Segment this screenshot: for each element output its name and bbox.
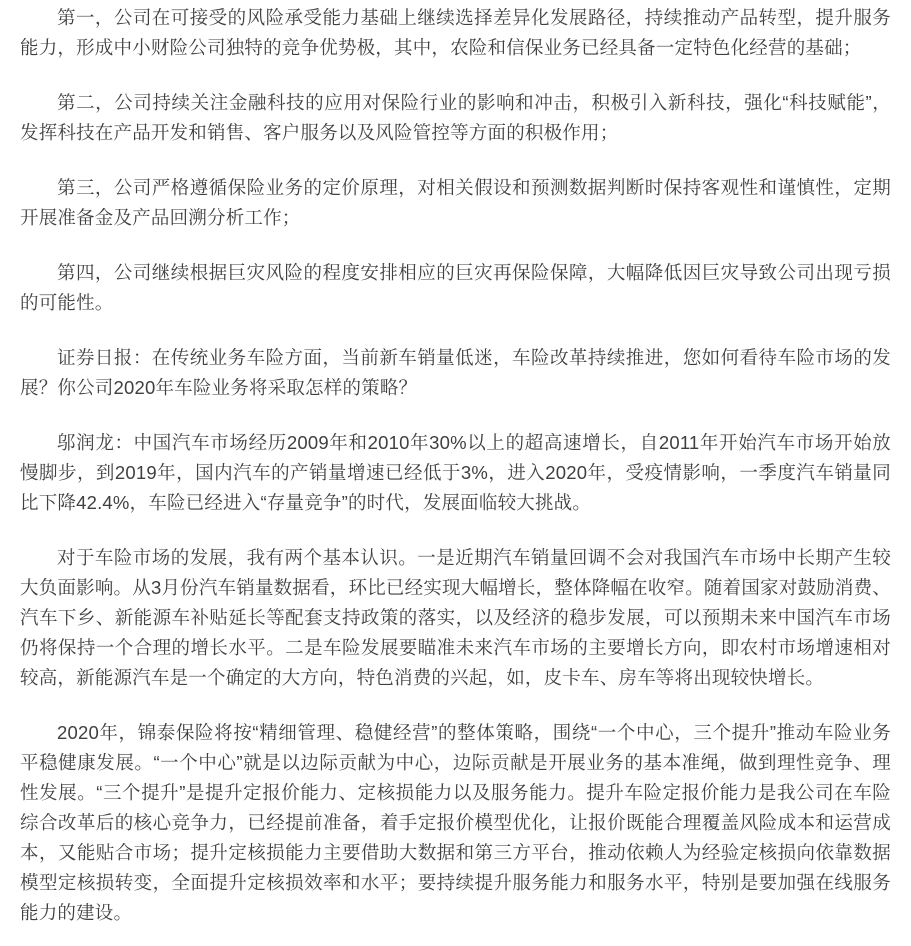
paragraph-point-4: 第四，公司继续根据巨灾风险的程度安排相应的巨灾再保险保障，大幅降低因巨灾导致公司…: [20, 258, 891, 318]
paragraph-point-1: 第一，公司在可接受的风险承受能力基础上继续选择差异化发展路径，持续推动产品转型，…: [20, 3, 891, 63]
paragraph-question: 证券日报：在传统业务车险方面，当前新车销量低迷，车险改革持续推进，您如何看待车险…: [20, 343, 891, 403]
paragraph-answer-strategy: 2020年，锦泰保险将按“精细管理、稳健经营”的整体策略，围绕“一个中心，三个提…: [20, 718, 891, 928]
paragraph-point-3: 第三，公司严格遵循保险业务的定价原理，对相关假设和预测数据判断时保持客观性和谨慎…: [20, 173, 891, 233]
paragraph-point-2: 第二，公司持续关注金融科技的应用对保险行业的影响和冲击，积极引入新科技，强化“科…: [20, 88, 891, 148]
paragraph-answer-intro: 邬润龙：中国汽车市场经历2009年和2010年30%以上的超高速增长，自2011…: [20, 428, 891, 518]
page: { "page": { "background_color": "#ffffff…: [0, 0, 911, 946]
article-body: 第一，公司在可接受的风险承受能力基础上继续选择差异化发展路径，持续推动产品转型，…: [0, 0, 911, 928]
paragraph-answer-market: 对于车险市场的发展，我有两个基本认识。一是近期汽车销量回调不会对我国汽车市场中长…: [20, 543, 891, 693]
